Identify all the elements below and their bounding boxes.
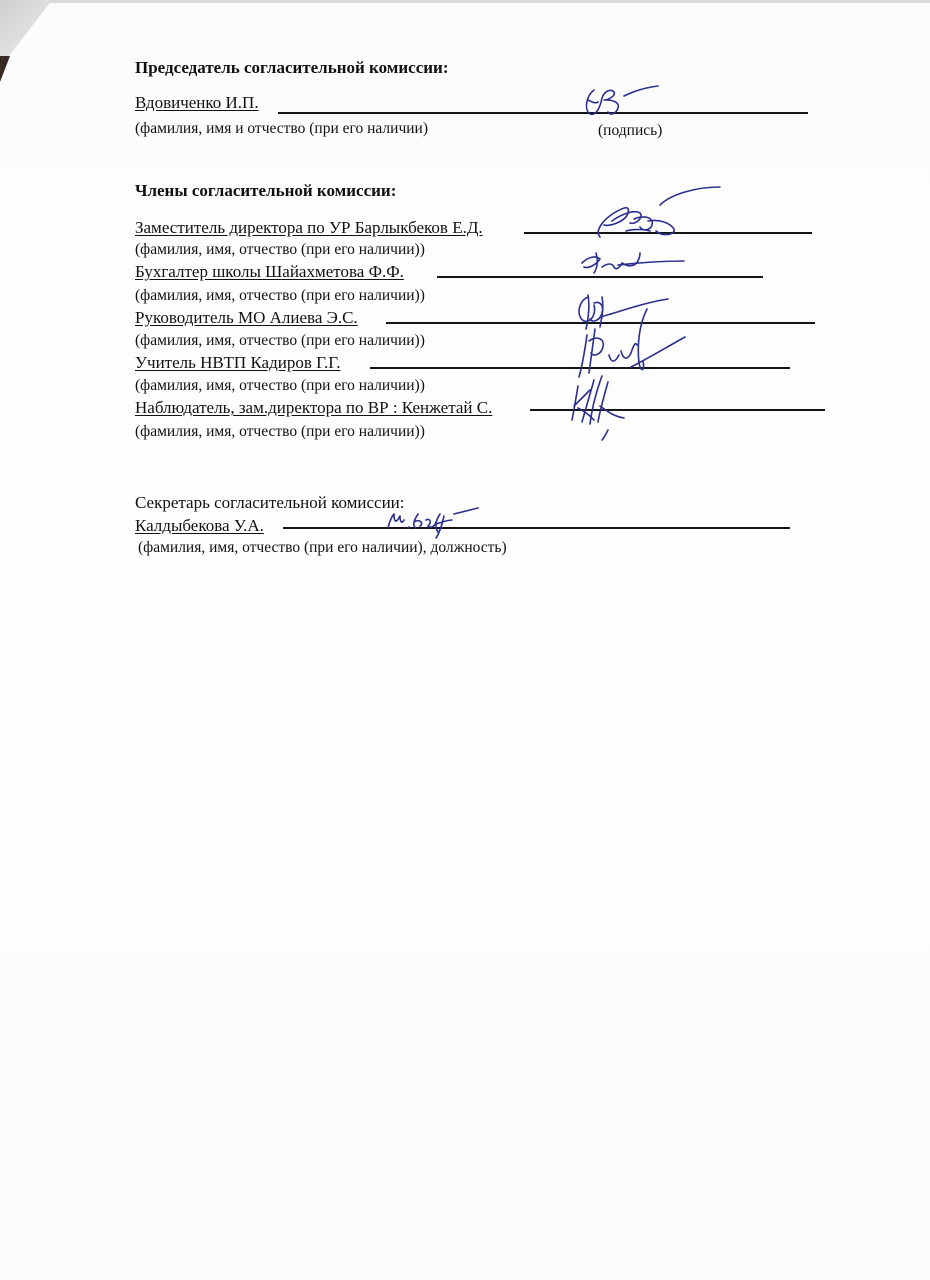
member-2-caption: (фамилия, имя, отчество (при его наличии…: [135, 286, 425, 306]
chairman-signature-caption: (подпись): [598, 121, 662, 141]
chairman-heading: Председатель согласительной комиссии:: [135, 58, 449, 78]
signature-member-2-icon: [578, 247, 688, 277]
corner-shadow: [0, 56, 10, 82]
secretary-name: Калдыбекова У.А.: [135, 516, 264, 536]
member-4-caption: (фамилия, имя, отчество (при его наличии…: [135, 376, 425, 396]
secretary-signature-line: [283, 527, 790, 529]
chairman-name: Вдовиченко И.П.: [135, 93, 259, 113]
signature-secretary-icon: [384, 506, 484, 538]
chairman-signature-line: [278, 112, 808, 114]
chairman-name-caption: (фамилия, имя и отчество (при его наличи…: [135, 119, 428, 139]
member-2-name: Бухгалтер школы Шайахметова Ф.Ф.: [135, 262, 404, 282]
signature-member-4-icon: [575, 305, 695, 380]
page-top-edge: [45, 0, 930, 3]
document-page: Председатель согласительной комиссии: Вд…: [0, 0, 930, 1280]
member-1-name: Заместитель директора по УР Барлыкбеков …: [135, 218, 483, 238]
member-4-name: Учитель НВТП Кадиров Г.Г.: [135, 353, 340, 373]
member-3-name: Руководитель МО Алиева Э.С.: [135, 308, 358, 328]
signature-member-5-icon: [568, 372, 668, 442]
secretary-caption: (фамилия, имя, отчество (при его наличии…: [138, 538, 507, 558]
member-5-name: Наблюдатель, зам.директора по ВР : Кенже…: [135, 398, 492, 418]
signature-chairman-icon: [580, 82, 660, 122]
member-3-caption: (фамилия, имя, отчество (при его наличии…: [135, 331, 425, 351]
member-5-caption: (фамилия, имя, отчество (при его наличии…: [135, 422, 425, 442]
folded-corner: [0, 0, 60, 70]
secretary-heading: Секретарь согласительной комиссии:: [135, 493, 405, 513]
members-heading: Члены согласительной комиссии:: [135, 181, 396, 201]
signature-member-1-icon: [590, 185, 730, 245]
member-1-caption: (фамилия, имя, отчество (при его наличии…: [135, 240, 425, 260]
